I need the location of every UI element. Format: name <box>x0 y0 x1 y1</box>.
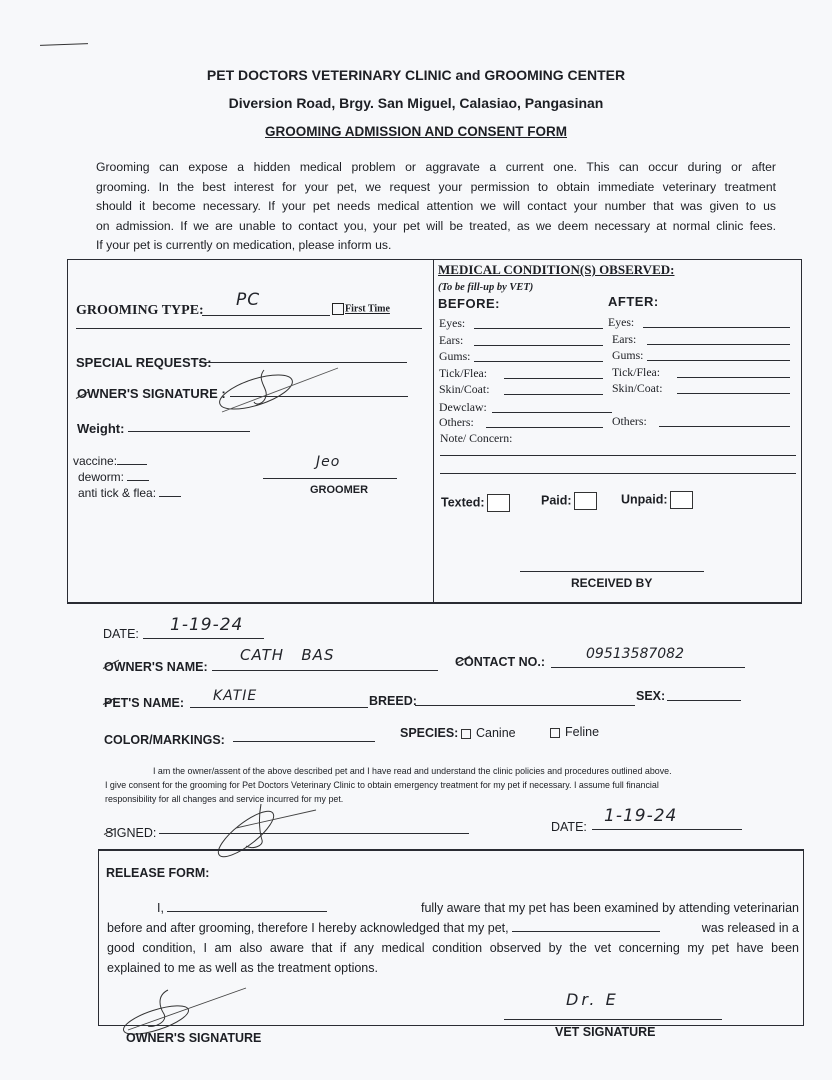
vet-signature-label: VET SIGNATURE <box>555 1025 655 1039</box>
first-time-option[interactable]: First Time <box>332 303 390 315</box>
grooming-type-field[interactable] <box>202 315 330 316</box>
after-field-input[interactable] <box>659 426 790 427</box>
release-owner-signature-field[interactable] <box>110 1025 320 1026</box>
anti-tick-field[interactable] <box>159 496 181 497</box>
after-field-input[interactable] <box>677 393 790 394</box>
after-field-label: Tick/Flea: <box>612 365 660 380</box>
before-field-input[interactable] <box>474 345 604 346</box>
before-field-label: Dewclaw: <box>439 400 487 415</box>
species-feline-option[interactable]: Feline <box>550 725 599 739</box>
after-field-input[interactable] <box>643 327 791 328</box>
grooming-type-extra-line[interactable] <box>76 328 422 329</box>
groomer-label: GROOMER <box>310 484 368 496</box>
owner-name-field[interactable] <box>212 670 438 671</box>
deworm-row: deworm: <box>78 470 149 484</box>
intro-line: on admission. If we are unable to contac… <box>96 217 776 237</box>
deworm-label: deworm: <box>78 470 124 484</box>
before-field-label: Skin/Coat: <box>439 382 489 397</box>
consent-line: I give consent for the grooming for Pet … <box>105 778 805 792</box>
clinic-name: PET DOCTORS VETERINARY CLINIC and GROOMI… <box>0 67 832 83</box>
note-concern-label: Note/ Concern: <box>440 431 512 446</box>
clinic-address: Diversion Road, Brgy. San Miguel, Calasi… <box>0 95 832 111</box>
texted-checkbox[interactable] <box>487 494 510 512</box>
owner-signature-label: OWNER'S SIGNATURE : <box>77 386 226 401</box>
after-field-label: Ears: <box>612 332 636 347</box>
form-title: GROOMING ADMISSION AND CONSENT FORM <box>0 124 832 139</box>
release-line-2-b: was released in a <box>702 918 799 938</box>
signed-label: SIGNED: <box>105 826 156 840</box>
grooming-type-label: GROOMING TYPE: <box>76 303 204 319</box>
breed-label: BREED: <box>369 694 417 708</box>
feline-label: Feline <box>565 725 599 739</box>
note-line-2[interactable] <box>440 473 796 474</box>
canine-label: Canine <box>476 726 516 740</box>
date-field[interactable] <box>143 638 264 639</box>
pet-name-field[interactable] <box>190 707 368 708</box>
before-label: BEFORE: <box>438 296 500 311</box>
feline-checkbox[interactable] <box>550 728 560 738</box>
deworm-field[interactable] <box>127 480 149 481</box>
special-requests-label: SPECIAL REQUESTS: <box>76 355 212 370</box>
release-owner-signature-label: OWNER'S SIGNATURE <box>126 1031 261 1045</box>
before-field-label: Gums: <box>439 349 470 364</box>
vet-signature-value: Dr. E <box>566 990 619 1009</box>
vaccine-field[interactable] <box>117 464 147 465</box>
sex-label: SEX: <box>636 689 665 703</box>
consent-date-value: 1-19-24 <box>604 806 677 826</box>
owner-name-label: OWNER'S NAME: <box>104 660 208 674</box>
intro-line: should it become necessary. If your pet … <box>96 197 776 217</box>
medical-subtitle: (To be fill-up by VET) <box>438 282 533 293</box>
contact-value: 09513587082 <box>586 646 684 662</box>
anti-tick-row: anti tick & flea: <box>78 486 181 500</box>
weight-field[interactable] <box>128 431 250 432</box>
date-value: 1-19-24 <box>170 615 243 635</box>
before-field-input[interactable] <box>474 361 604 362</box>
pen-mark <box>40 43 88 46</box>
unpaid-checkbox[interactable] <box>670 491 693 509</box>
contact-field[interactable] <box>551 667 745 668</box>
species-label: SPECIES: <box>400 726 458 740</box>
after-field-label: Others: <box>612 414 647 429</box>
pet-name-label: PET'S NAME: <box>104 696 184 710</box>
texted-option[interactable]: Texted: <box>441 494 510 512</box>
after-field-input[interactable] <box>677 377 790 378</box>
after-field-label: Skin/Coat: <box>612 381 662 396</box>
release-line-2-a: before and after grooming, therefore I h… <box>107 918 660 938</box>
breed-field[interactable] <box>415 705 635 706</box>
intro-line: If your pet is currently on medication, … <box>96 236 776 256</box>
release-line-4: explained to me as well as the treatment… <box>107 958 799 978</box>
groomer-signature-field[interactable] <box>263 478 397 479</box>
unpaid-label: Unpaid: <box>621 492 668 506</box>
before-field-label: Others: <box>439 415 474 430</box>
release-owner-name-field[interactable] <box>167 911 327 912</box>
canine-checkbox[interactable] <box>461 729 471 739</box>
before-field-input[interactable] <box>504 394 603 395</box>
anti-tick-label: anti tick & flea: <box>78 486 156 500</box>
before-field-label: Eyes: <box>439 316 465 331</box>
release-title: RELEASE FORM: <box>106 866 209 880</box>
first-time-checkbox[interactable] <box>332 303 344 315</box>
texted-label: Texted: <box>441 495 485 509</box>
received-by-label: RECEIVED BY <box>571 576 652 590</box>
before-field-input[interactable] <box>474 328 604 329</box>
pet-name-value: KATIE <box>213 688 257 704</box>
color-markings-field[interactable] <box>233 741 375 742</box>
before-field-input[interactable] <box>486 427 603 428</box>
groomer-initials: Jeo <box>316 454 340 470</box>
release-line-1-a: I, <box>157 898 327 918</box>
release-line-1: I, fully aware that my pet has been exam… <box>107 898 799 918</box>
before-field-input[interactable] <box>504 378 603 379</box>
after-label: AFTER: <box>608 294 659 309</box>
consent-date-label: DATE: <box>551 820 587 834</box>
release-line-3: good condition, I am also aware that if … <box>107 938 799 958</box>
consent-line: I am the owner/assent of the above descr… <box>105 764 805 778</box>
after-field-input[interactable] <box>647 344 791 345</box>
weight-label: Weight: <box>77 421 124 436</box>
owner-name-value: CATH BAS <box>240 646 334 664</box>
before-field-label: Ears: <box>439 333 463 348</box>
intro-paragraph: Grooming can expose a hidden medical pro… <box>96 158 776 256</box>
after-field-input[interactable] <box>647 360 791 361</box>
release-owner-signature-scribble <box>118 986 258 1036</box>
consent-date-field[interactable] <box>592 829 742 830</box>
release-line-2: before and after grooming, therefore I h… <box>107 918 799 938</box>
paid-option[interactable]: Paid: <box>541 492 597 510</box>
intro-line: Grooming can expose a hidden medical pro… <box>96 158 776 178</box>
intro-line: grooming. In the best interest for your … <box>96 178 776 198</box>
date-label: DATE: <box>103 627 139 641</box>
panel-divider <box>433 260 434 602</box>
after-field-label: Gums: <box>612 348 643 363</box>
sex-field[interactable] <box>667 700 741 701</box>
medical-title: MEDICAL CONDITION(S) OBSERVED: <box>438 262 674 278</box>
contact-label: CONTACT NO.: <box>455 655 545 669</box>
release-pet-name-field[interactable] <box>512 931 660 932</box>
species-canine-option[interactable]: Canine <box>461 726 516 740</box>
vet-signature-field[interactable] <box>504 1019 722 1020</box>
after-field-label: Eyes: <box>608 315 634 330</box>
first-time-label: First Time <box>345 304 390 315</box>
received-by-field[interactable] <box>520 571 704 572</box>
before-field-label: Tick/Flea: <box>439 366 487 381</box>
note-line-1[interactable] <box>440 455 796 456</box>
owner-signature-scribble <box>216 362 346 422</box>
paid-checkbox[interactable] <box>574 492 597 510</box>
before-field-input[interactable] <box>492 412 612 413</box>
vaccine-label: vaccine: <box>73 454 117 468</box>
release-line-1-b: fully aware that my pet has been examine… <box>421 898 799 918</box>
color-markings-label: COLOR/MARKINGS: <box>104 733 225 747</box>
release-paragraph: I, fully aware that my pet has been exam… <box>107 898 799 978</box>
paid-label: Paid: <box>541 493 572 507</box>
vaccine-row: vaccine: <box>73 454 147 468</box>
grooming-type-value: PC <box>236 290 260 310</box>
unpaid-option[interactable]: Unpaid: <box>621 491 693 509</box>
